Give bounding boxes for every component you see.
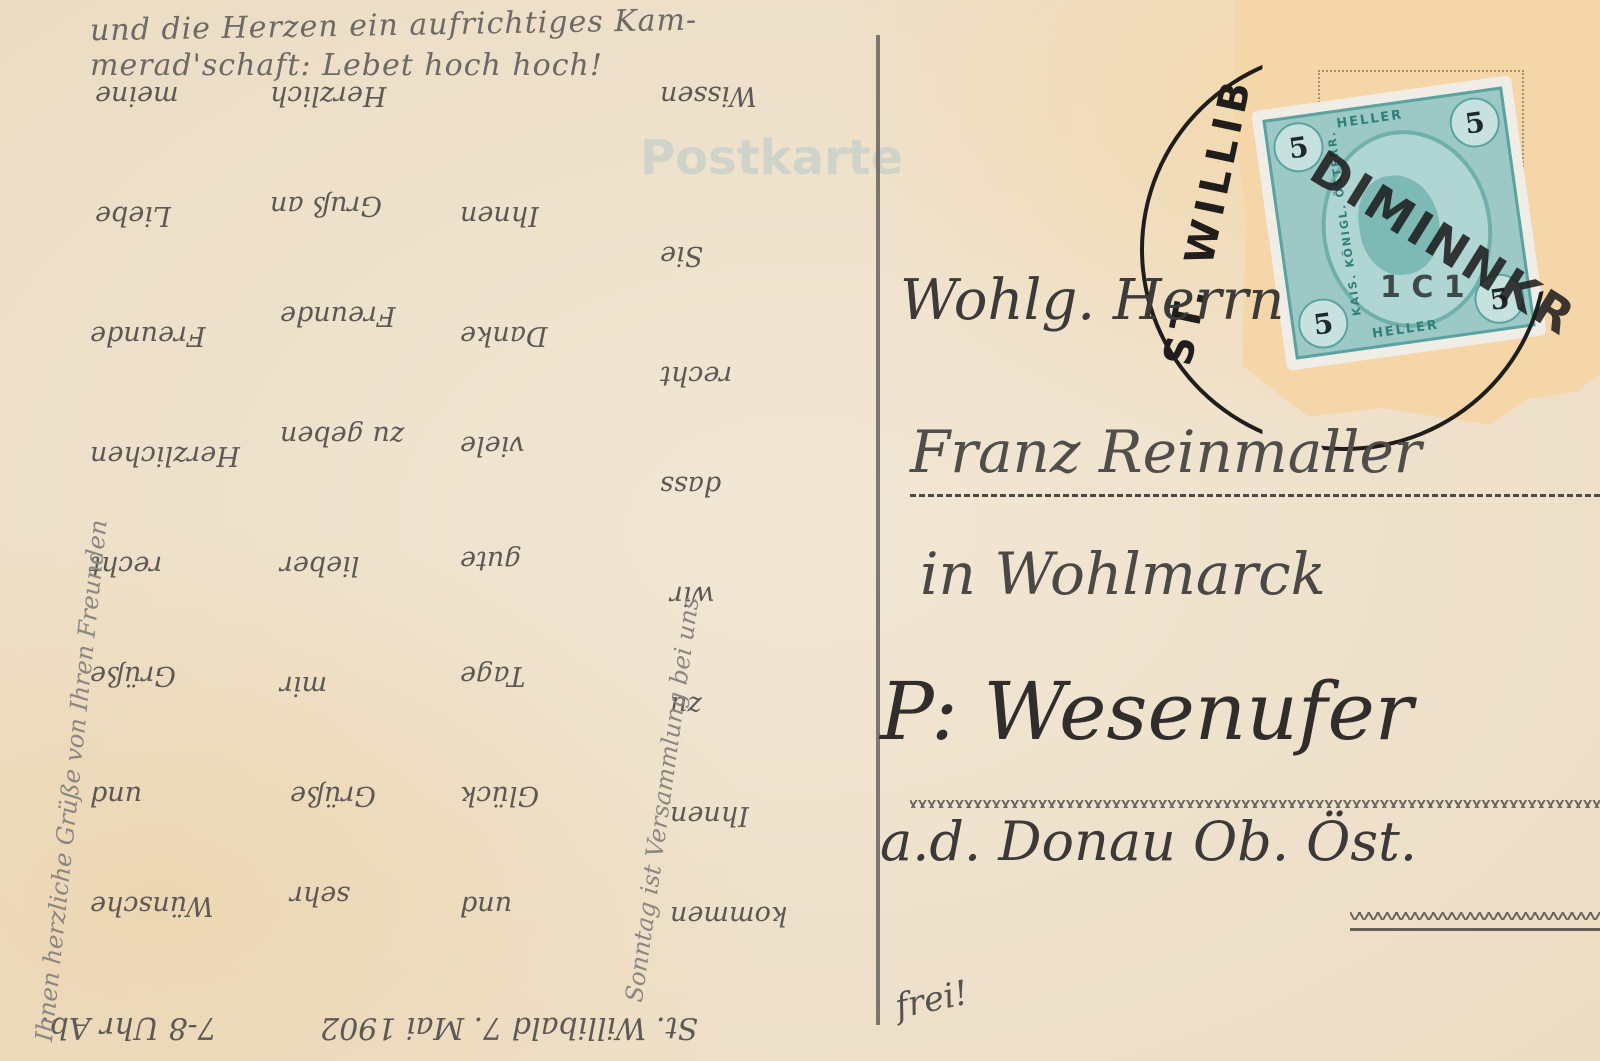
stamp-value-tr: 5 [1447, 94, 1503, 150]
address-post-office: P: Wesenufer [880, 665, 1413, 758]
postkarte-preprint: Postkarte [640, 130, 903, 186]
center-divider-line [876, 35, 880, 1025]
postcard: Postkarte und die Herzen ein aufrichtige… [0, 0, 1600, 1061]
address-name: Franz Reinmaller [910, 418, 1422, 486]
date-line: St. Willibald 7. Mai 1902 [320, 1010, 698, 1045]
address-town: in Wohlmarck [920, 540, 1326, 608]
message-side: Postkarte und die Herzen ein aufrichtige… [0, 0, 890, 1061]
region-underline-wavy [1350, 912, 1600, 920]
stamp-currency-top: HELLER [1336, 107, 1405, 131]
address-region: a.d. Donau Ob. Öst. [880, 810, 1417, 873]
postmark-date: 1 C 1 [1380, 270, 1465, 305]
region-underline-rule [1350, 928, 1600, 931]
message-line-1: und die Herzen ein aufrichtiges Kam- [90, 3, 698, 49]
franking-note: frei! [892, 973, 972, 1027]
address-underline-wavy [910, 800, 1600, 808]
time-line: 7-8 Uhr Ab. [40, 1010, 217, 1045]
address-underline-dashed [910, 494, 1600, 497]
message-line-2: merad'schaft: Lebet hoch hoch! [90, 48, 603, 83]
address-salutation: Wohlg. Herrn [900, 268, 1284, 333]
